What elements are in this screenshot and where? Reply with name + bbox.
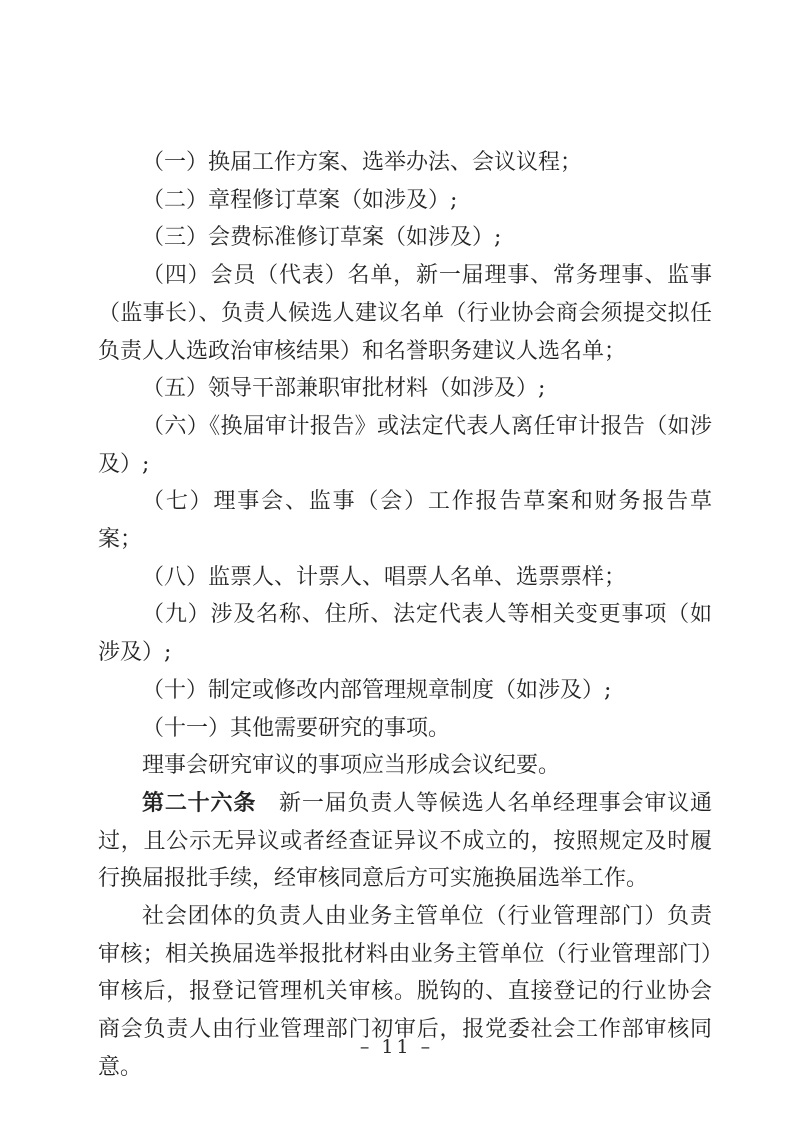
clause-item-11: （十一）其他需要研究的事项。	[98, 710, 712, 748]
clause-item-7: （七）理事会、监事（会）工作报告草案和财务报告草案；	[98, 483, 712, 558]
article-26-number: 第二十六条	[142, 790, 256, 816]
clause-item-1: （一）换届工作方案、选举办法、会议议程；	[98, 144, 712, 182]
document-body: （一）换届工作方案、选举办法、会议议程； （二）章程修订草案（如涉及）; （三）…	[98, 144, 712, 1087]
clause-item-5: （五）领导干部兼职审批材料（如涉及）;	[98, 370, 712, 408]
clause-item-10: （十）制定或修改内部管理规章制度（如涉及）;	[98, 672, 712, 710]
article-26-paragraph: 第二十六条 新一届负责人等候选人名单经理事会审议通过，且公示无异议或者经查证异议…	[98, 785, 712, 898]
approval-process-paragraph: 社会团体的负责人由业务主管单位（行业管理部门）负责审核；相关换届选举报批材料由业…	[98, 898, 712, 1087]
page-number: – 11 –	[0, 1036, 793, 1058]
document-page: （一）换届工作方案、选举办法、会议议程； （二）章程修订草案（如涉及）; （三）…	[0, 0, 793, 1122]
clause-item-6: （六）《换届审计报告》或法定代表人离任审计报告（如涉及）;	[98, 408, 712, 483]
clause-item-2: （二）章程修订草案（如涉及）;	[98, 182, 712, 220]
meeting-minutes-paragraph: 理事会研究审议的事项应当形成会议纪要。	[98, 747, 712, 785]
clause-item-8: （八）监票人、计票人、唱票人名单、选票票样；	[98, 559, 712, 597]
clause-item-3: （三）会费标准修订草案（如涉及）;	[98, 219, 712, 257]
clause-item-9: （九）涉及名称、住所、法定代表人等相关变更事项（如涉及）;	[98, 596, 712, 671]
clause-item-4: （四）会员（代表）名单，新一届理事、常务理事、监事（监事长）、负责人候选人建议名…	[98, 257, 712, 370]
